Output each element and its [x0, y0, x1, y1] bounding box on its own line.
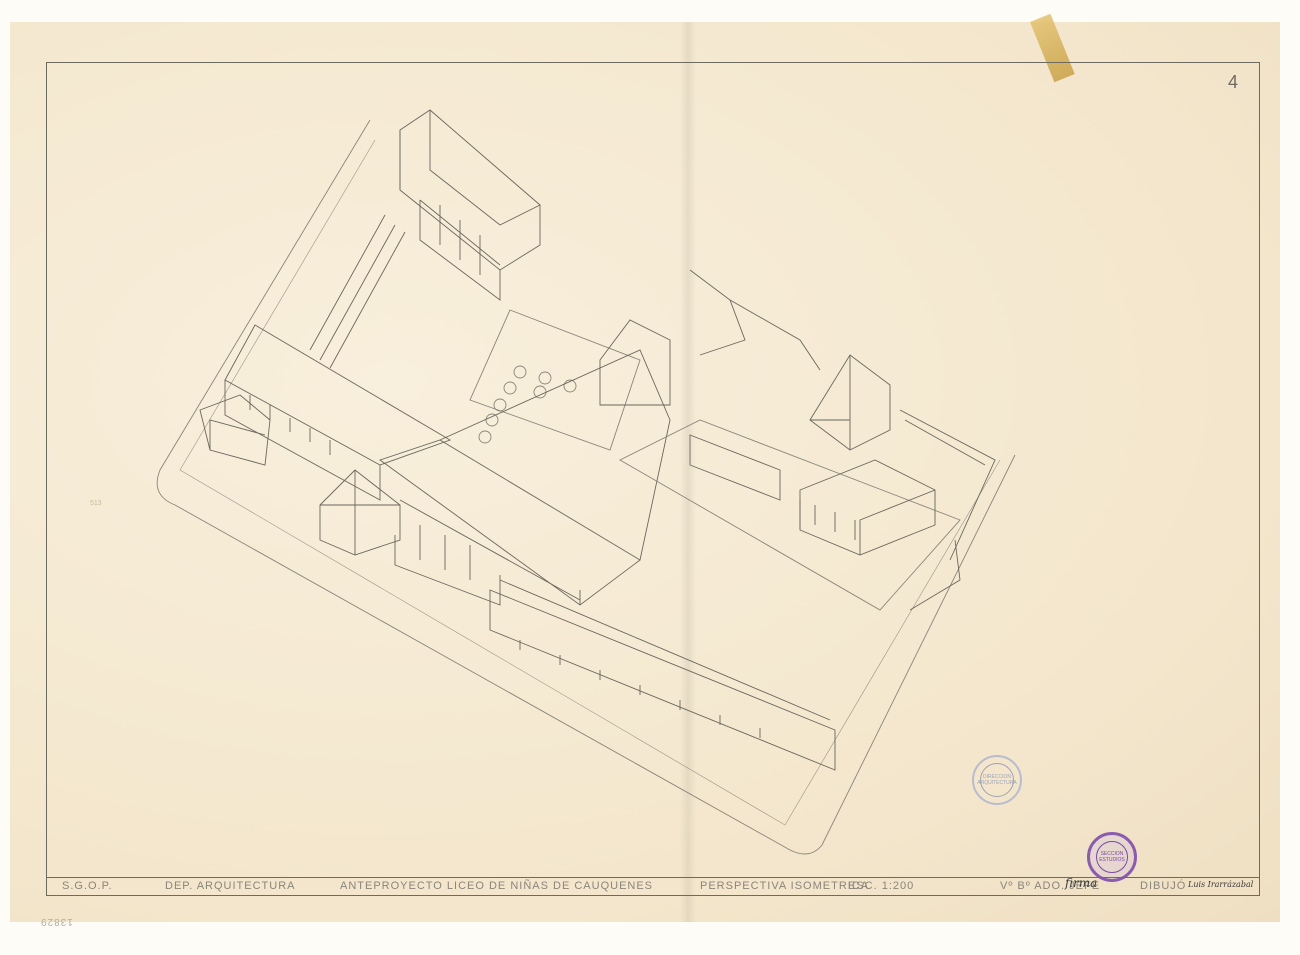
- title-scale: ESC. 1:200: [848, 880, 914, 892]
- title-view: PERSPECTIVA ISOMETRICA: [700, 880, 869, 892]
- archive-stamp-text: DIRECCION ARQUITECTURA: [980, 763, 1014, 797]
- archive-stamp: DIRECCION ARQUITECTURA: [972, 755, 1022, 805]
- title-office: S.G.O.P.: [62, 880, 113, 892]
- ministry-stamp-text: SECCION ESTUDIOS: [1096, 841, 1129, 874]
- isometric-building-drawing: [0, 0, 1300, 955]
- title-project: ANTEPROYECTO LICEO DE NIÑAS DE CAUQUENES: [340, 880, 653, 892]
- drawn-by-label: DIBUJÓ: [1140, 880, 1186, 892]
- title-department: DEP. ARQUITECTURA: [165, 880, 296, 892]
- chief-signature: firma: [1065, 876, 1097, 890]
- drawn-by-signature: Luis Irarrázabal: [1188, 880, 1253, 889]
- ministry-stamp: SECCION ESTUDIOS: [1087, 832, 1137, 882]
- catalog-number: 13829: [40, 916, 73, 927]
